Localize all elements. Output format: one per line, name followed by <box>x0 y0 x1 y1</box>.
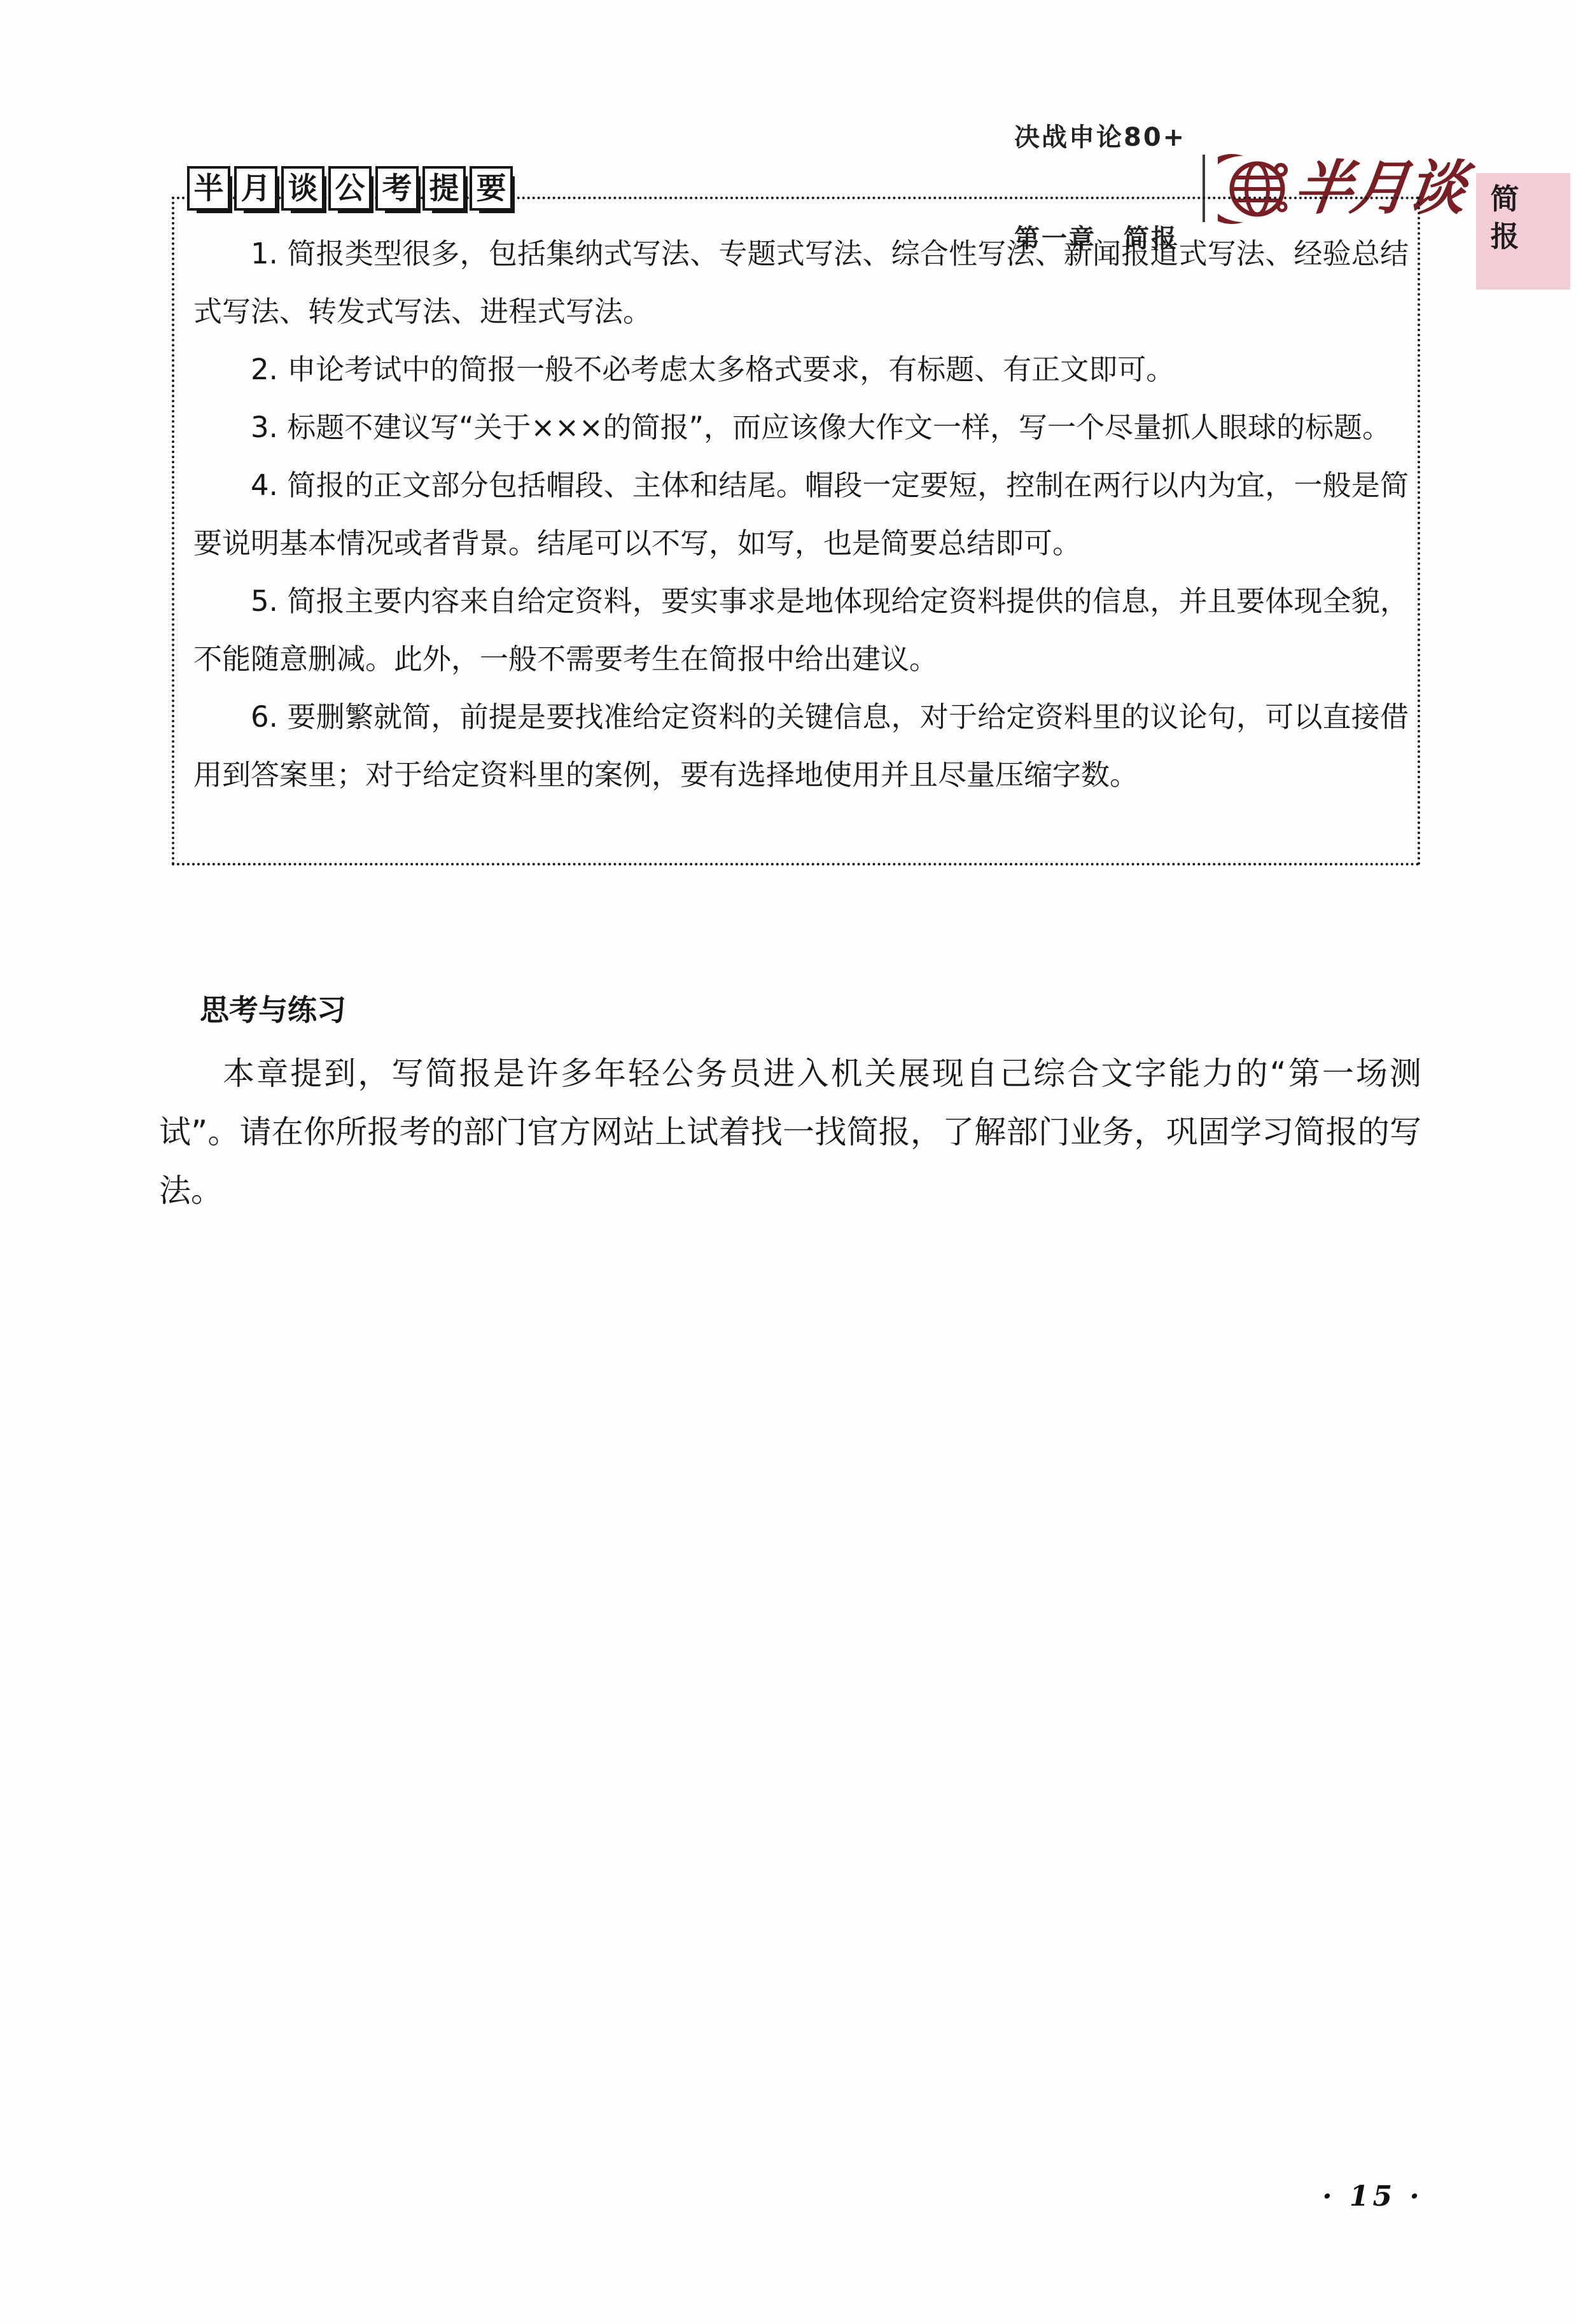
side-tab-char-2: 报 <box>1490 222 1519 251</box>
book-title: 决战申论80+ <box>1014 121 1186 155</box>
summary-box-title: 半 月 谈 公 考 提 要 <box>187 166 513 211</box>
summary-item: 4. 简报的正文部分包括帽段、主体和结尾。帽段一定要短，控制在两行以内为宜，一般… <box>193 456 1409 572</box>
exercise-title: 思考与练习 <box>200 994 1421 1026</box>
exercise-paragraph: 本章提到，写简报是许多年轻公务员进入机关展现自己综合文字能力的“第一场测试”。请… <box>159 1044 1421 1220</box>
stamp-char: 谈 <box>281 166 324 211</box>
page: 决战申论80+ 第一章 简报 半月谈 简 报 半 月 谈 公 <box>0 0 1576 2324</box>
summary-item: 3. 标题不建议写“关于×××的简报”，而应该像大作文一样，写一个尽量抓人眼球的… <box>193 398 1409 456</box>
page-footer: · 15 · <box>1304 2180 1441 2213</box>
stamp-char: 要 <box>470 166 513 211</box>
summary-item: 6. 要删繁就简，前提是要找准给定资料的关键信息，对于给定资料里的议论句，可以直… <box>193 688 1409 804</box>
exercise-section: 思考与练习 本章提到，写简报是许多年轻公务员进入机关展现自己综合文字能力的“第一… <box>159 994 1421 1220</box>
stamp-char: 公 <box>328 166 372 211</box>
summary-item: 5. 简报主要内容来自给定资料，要实事求是地体现给定资料提供的信息，并且要体现全… <box>193 572 1409 688</box>
page-number: · 15 · <box>1322 2180 1423 2213</box>
stamp-char: 提 <box>422 166 466 211</box>
stamp-char: 考 <box>375 166 419 211</box>
stamp-char: 半 <box>187 166 230 211</box>
stamp-char: 月 <box>234 166 277 211</box>
chapter-side-tab: 简 报 <box>1476 173 1570 290</box>
summary-box-body: 1. 简报类型很多，包括集纳式写法、专题式写法、综合性写法、新闻报道式写法、经验… <box>174 199 1418 804</box>
summary-box: 半 月 谈 公 考 提 要 1. 简报类型很多，包括集纳式写法、专题式写法、综合… <box>172 197 1420 865</box>
summary-item: 1. 简报类型很多，包括集纳式写法、专题式写法、综合性写法、新闻报道式写法、经验… <box>193 225 1409 340</box>
side-tab-char-1: 简 <box>1490 185 1519 213</box>
summary-item: 2. 申论考试中的简报一般不必考虑太多格式要求，有标题、有正文即可。 <box>193 340 1409 398</box>
